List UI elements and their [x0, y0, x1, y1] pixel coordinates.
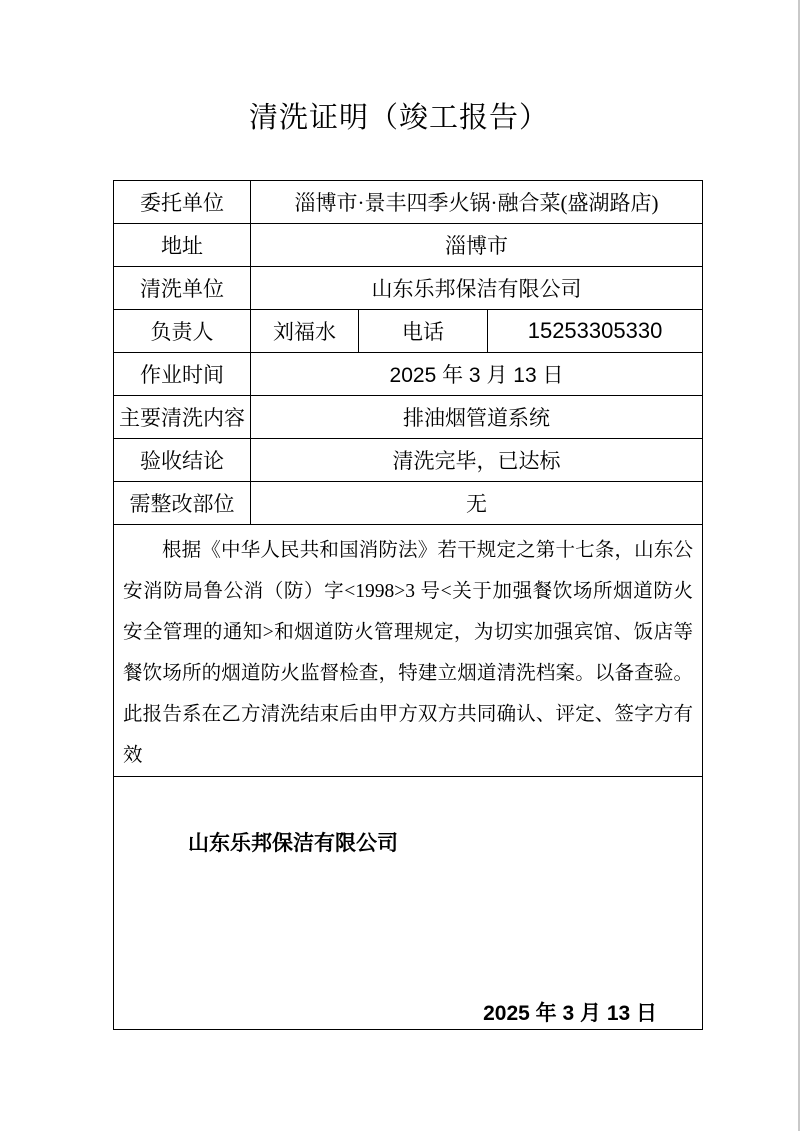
- rectification-value: 无: [251, 482, 703, 525]
- person-value: 刘福水: [251, 310, 359, 353]
- person-label: 负责人: [114, 310, 251, 353]
- table-row-person-in-charge: 负责人 刘福水 电话 15253305330: [114, 310, 703, 353]
- document-page: 清洗证明（竣工报告） 委托单位 淄博市·景丰四季火锅·融合菜(盛湖路店) 地址 …: [0, 0, 800, 1131]
- phone-label: 电话: [359, 310, 488, 353]
- table-row-notice: 根据《中华人民共和国消防法》若干规定之第十七条，山东公安消防局鲁公消（防）字<1…: [114, 525, 703, 777]
- signature-cell: 山东乐邦保洁有限公司 2025 年 3 月 13 日: [114, 777, 703, 1030]
- table-row-client: 委托单位 淄博市·景丰四季火锅·融合菜(盛湖路店): [114, 181, 703, 224]
- table-row-work-date: 作业时间 2025 年 3 月 13 日: [114, 353, 703, 396]
- signature-area: 山东乐邦保洁有限公司 2025 年 3 月 13 日: [114, 777, 702, 1029]
- client-label: 委托单位: [114, 181, 251, 224]
- phone-value: 15253305330: [488, 310, 703, 353]
- address-label: 地址: [114, 224, 251, 267]
- acceptance-label: 验收结论: [114, 439, 251, 482]
- signature-company-name: 山东乐邦保洁有限公司: [188, 827, 398, 857]
- acceptance-value: 清洗完毕，已达标: [251, 439, 703, 482]
- client-value: 淄博市·景丰四季火锅·融合菜(盛湖路店): [251, 181, 703, 224]
- work-date-value: 2025 年 3 月 13 日: [251, 353, 703, 396]
- table-row-signature: 山东乐邦保洁有限公司 2025 年 3 月 13 日: [114, 777, 703, 1030]
- table-row-acceptance: 验收结论 清洗完毕，已达标: [114, 439, 703, 482]
- work-date-label: 作业时间: [114, 353, 251, 396]
- cleaning-content-value: 排油烟管道系统: [251, 396, 703, 439]
- legal-notice-paragraph: 根据《中华人民共和国消防法》若干规定之第十七条，山东公安消防局鲁公消（防）字<1…: [114, 525, 703, 777]
- table-row-cleaning-content: 主要清洗内容 排油烟管道系统: [114, 396, 703, 439]
- cleaning-content-label: 主要清洗内容: [114, 396, 251, 439]
- cleaning-company-value: 山东乐邦保洁有限公司: [251, 267, 703, 310]
- table-row-address: 地址 淄博市: [114, 224, 703, 267]
- certificate-table: 委托单位 淄博市·景丰四季火锅·融合菜(盛湖路店) 地址 淄博市 清洗单位 山东…: [113, 180, 703, 1030]
- cleaning-company-label: 清洗单位: [114, 267, 251, 310]
- signature-date: 2025 年 3 月 13 日: [483, 997, 657, 1027]
- table-row-cleaning-company: 清洗单位 山东乐邦保洁有限公司: [114, 267, 703, 310]
- table-row-rectification: 需整改部位 无: [114, 482, 703, 525]
- address-value: 淄博市: [251, 224, 703, 267]
- document-title: 清洗证明（竣工报告）: [0, 95, 798, 136]
- rectification-label: 需整改部位: [114, 482, 251, 525]
